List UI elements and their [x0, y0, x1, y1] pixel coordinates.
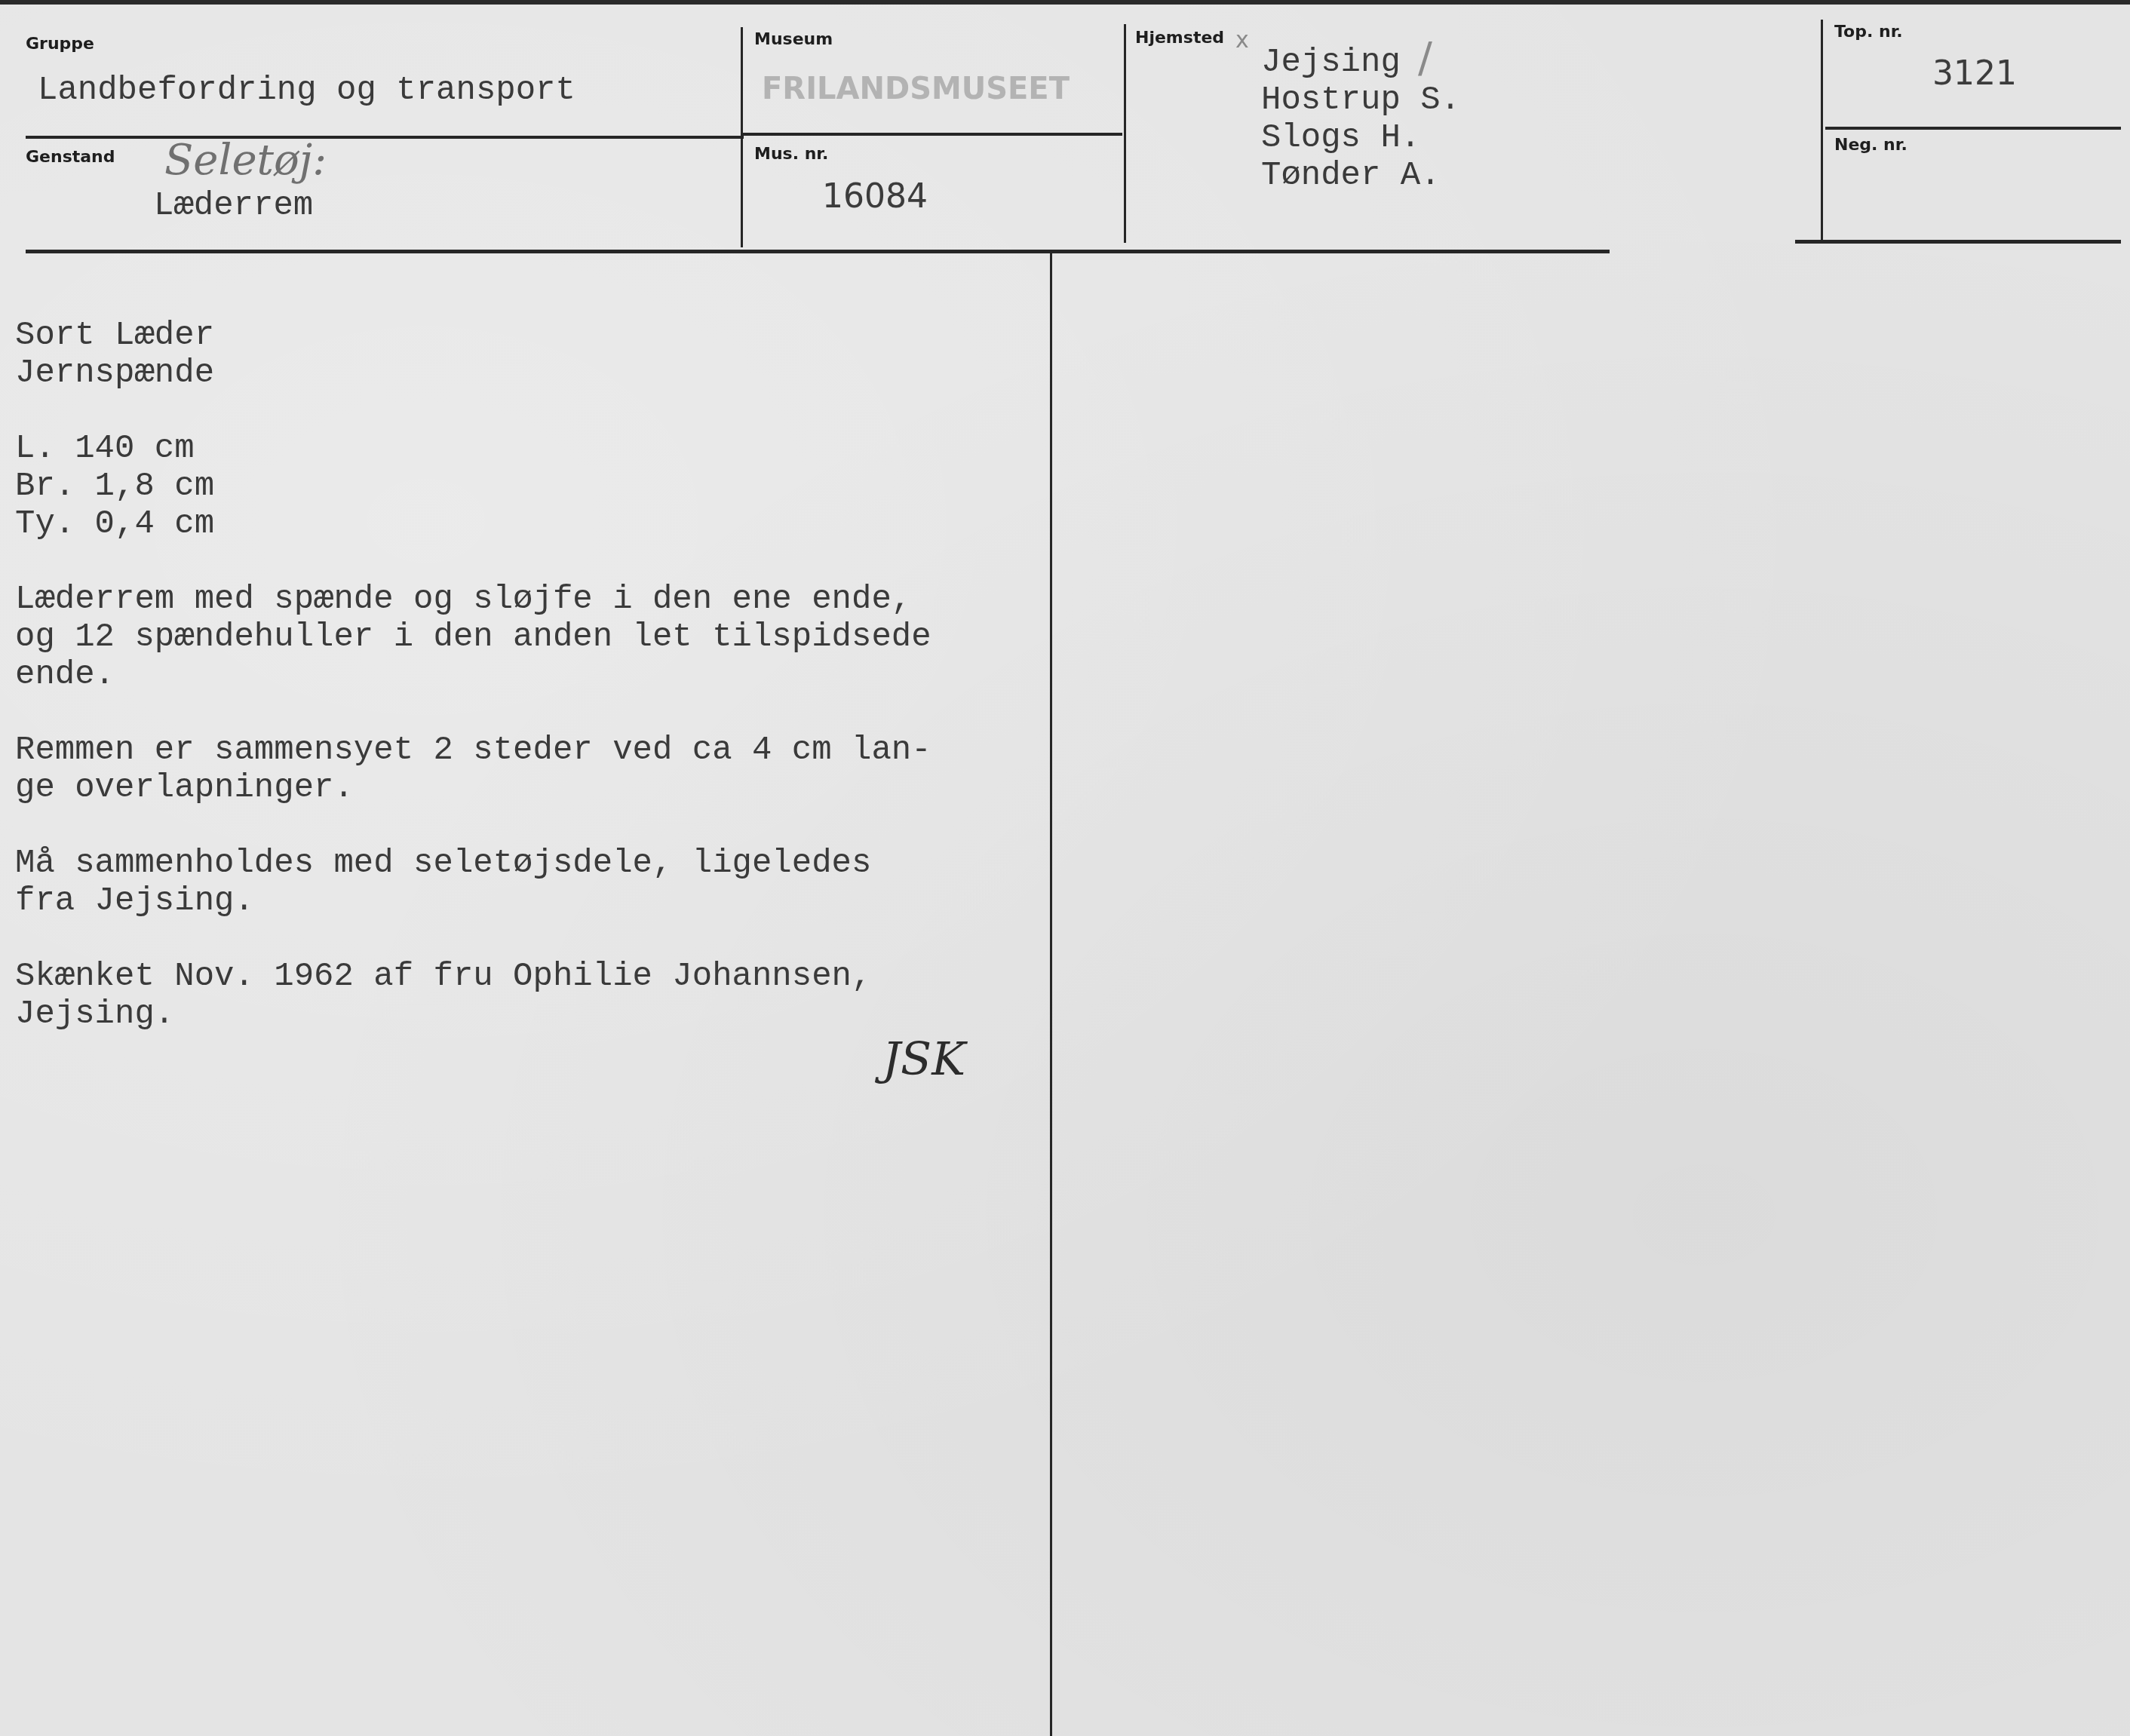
- description-line: Remmen er sammensyet 2 steder ved ca 4 c…: [15, 732, 931, 769]
- divider-gruppe-genstand: [26, 136, 744, 139]
- description-dimensions: L. 140 cm Br. 1,8 cm Ty. 0,4 cm: [15, 430, 931, 543]
- top-nr-value: 3121: [1932, 54, 2017, 93]
- description-line: Jejsing.: [15, 995, 931, 1033]
- description-line: og 12 spændehuller i den anden let tilsp…: [15, 618, 931, 656]
- body-center-divider: [1050, 253, 1052, 1736]
- museum-label: Museum: [754, 30, 833, 49]
- header-bottom-rule: [26, 250, 1610, 253]
- hjemsted-line-1: Jejsing: [1261, 44, 1401, 81]
- hjemsted-line-2: Hostrup S.: [1261, 81, 1460, 119]
- description: Sort Læder Jernspænde L. 140 cm Br. 1,8 …: [15, 317, 931, 1071]
- hjemsted-x-mark: x: [1235, 27, 1249, 54]
- hjemsted-line-3: Slogs H.: [1261, 119, 1420, 157]
- neg-nr-label: Neg. nr.: [1834, 136, 1907, 155]
- description-repair: Remmen er sammensyet 2 steder ved ca 4 c…: [15, 732, 931, 807]
- description-reference: Må sammenholdes med seletøjsdele, ligele…: [15, 845, 931, 920]
- description-material: Sort Læder Jernspænde: [15, 317, 931, 392]
- description-provenance: Skænket Nov. 1962 af fru Ophilie Johanns…: [15, 958, 931, 1033]
- divider-topnr-left: [1821, 20, 1823, 240]
- description-line: Må sammenholdes med seletøjsdele, ligele…: [15, 845, 931, 882]
- description-object: Læderrem med spænde og sløjfe i den ene …: [15, 581, 931, 694]
- description-line: fra Jejsing.: [15, 882, 931, 920]
- mus-nr-value: 16084: [822, 177, 928, 216]
- hjemsted-line-4: Tønder A.: [1261, 157, 1441, 195]
- hjemsted-label: Hjemsted: [1135, 29, 1224, 48]
- description-line: Skænket Nov. 1962 af fru Ophilie Johanns…: [15, 958, 931, 995]
- museum-index-card: Gruppe Landbefordring og transport Genst…: [0, 0, 2130, 1736]
- genstand-value: Læderrem: [154, 187, 313, 225]
- card-top-edge: [0, 0, 2130, 5]
- description-line: Ty. 0,4 cm: [15, 505, 931, 543]
- description-line: Læderrem med spænde og sløjfe i den ene …: [15, 581, 931, 618]
- gruppe-value: Landbefordring og transport: [38, 72, 575, 109]
- description-line: L. 140 cm: [15, 430, 931, 468]
- hjemsted-check-mark: /: [1418, 33, 1432, 82]
- genstand-handwritten-note: Seletøj:: [164, 136, 327, 185]
- description-line: Jernspænde: [15, 354, 931, 392]
- gruppe-label: Gruppe: [26, 35, 94, 54]
- signature-initials: JSK: [882, 1033, 965, 1086]
- genstand-label: Genstand: [26, 148, 115, 167]
- museum-stamp: FRILANDSMUSEET: [762, 72, 1070, 106]
- divider-hjemsted-left: [1124, 24, 1126, 243]
- mus-nr-label: Mus. nr.: [754, 145, 828, 164]
- header-bottom-rule-right: [1795, 240, 2121, 244]
- description-line: Br. 1,8 cm: [15, 468, 931, 505]
- description-line: Sort Læder: [15, 317, 931, 354]
- description-line: ende.: [15, 656, 931, 694]
- divider-museum-musnr: [741, 133, 1122, 136]
- divider-topnr-negnr: [1825, 127, 2121, 130]
- description-line: ge overlapninger.: [15, 769, 931, 807]
- top-nr-label: Top. nr.: [1834, 23, 1903, 41]
